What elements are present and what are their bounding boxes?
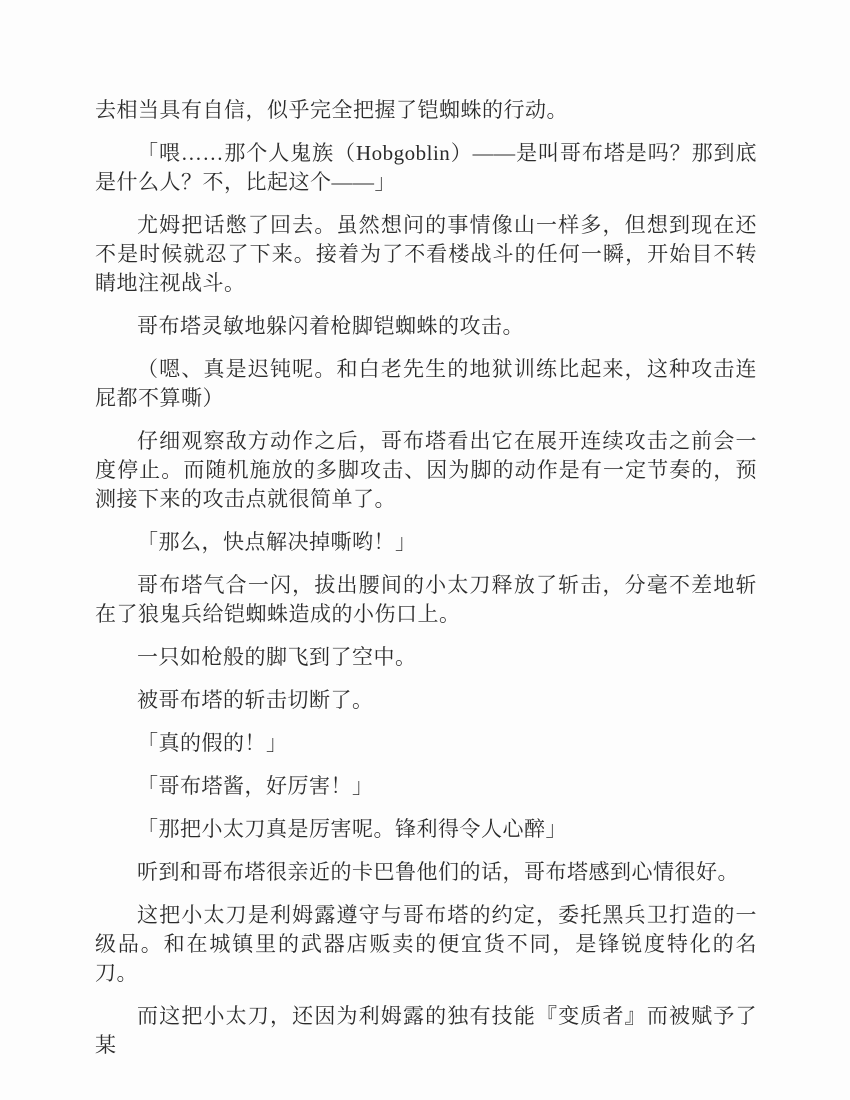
paragraph: 一只如枪般的脚飞到了空中。 [95,643,757,672]
paragraph: 而这把小太刀，还因为利姆露的独有技能『变质者』而被赋予了某 [95,1002,757,1060]
paragraph: 仔细观察敌方动作之后，哥布塔看出它在展开连续攻击之前会一度停止。而随机施放的多脚… [95,427,757,514]
paragraph: 听到和哥布塔很亲近的卡巴鲁他们的话，哥布塔感到心情很好。 [95,858,757,887]
paragraph: （嗯、真是迟钝呢。和白老先生的地狱训练比起来，这种攻击连屁都不算嘶） [95,355,757,413]
paragraph: 尤姆把话憋了回去。虽然想问的事情像山一样多，但想到现在还不是时候就忍了下来。接着… [95,211,757,298]
paragraph: 「真的假的！」 [95,729,757,758]
novel-text-page: 去相当具有自信，似乎完全把握了铠蜘蛛的行动。「喂……那个人鬼族（Hobgobli… [95,96,757,1060]
paragraph: 「哥布塔酱，好厉害！」 [95,772,757,801]
paragraph: 「那么，快点解决掉嘶哟！」 [95,528,757,557]
paragraph: 被哥布塔的斩击切断了。 [95,686,757,715]
paragraph: 去相当具有自信，似乎完全把握了铠蜘蛛的行动。 [95,96,757,125]
paragraph: 哥布塔灵敏地躲闪着枪脚铠蜘蛛的攻击。 [95,312,757,341]
paragraph: 这把小太刀是利姆露遵守与哥布塔的约定，委托黑兵卫打造的一级品。和在城镇里的武器店… [95,901,757,988]
paragraph: 「喂……那个人鬼族（Hobgoblin）——是叫哥布塔是吗？那到底是什么人？不，… [95,139,757,197]
paragraph: 哥布塔气合一闪，拔出腰间的小太刀释放了斩击，分毫不差地斩在了狼鬼兵给铠蜘蛛造成的… [95,571,757,629]
paragraph: 「那把小太刀真是厉害呢。锋利得令人心醉」 [95,815,757,844]
